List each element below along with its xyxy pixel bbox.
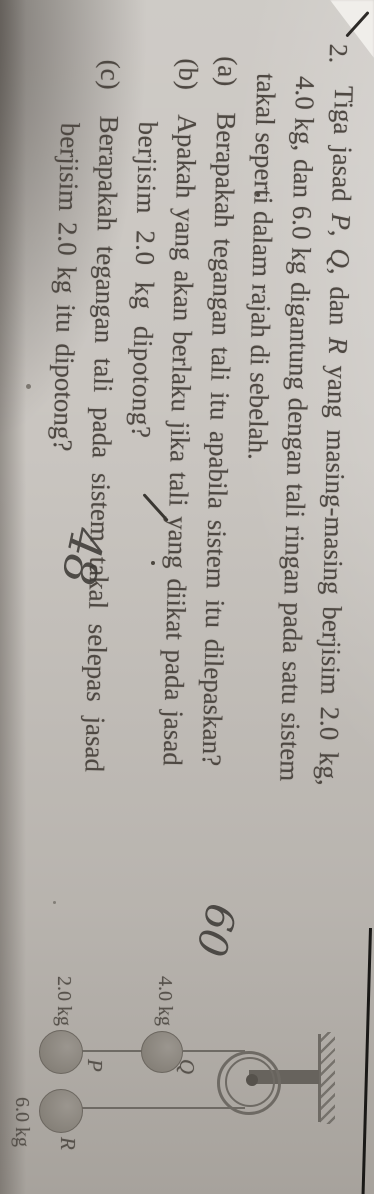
item-c-marker: (c) [94, 59, 126, 90]
mass-q-letter: Q [174, 1059, 199, 1074]
ink-speck [26, 384, 31, 389]
line1-sep1: , [325, 230, 355, 249]
item-b-continuation: berjisim 2.0 kg dipotong? [125, 121, 163, 439]
textbook-page-photo: 2. Tiga jasad P, Q, dan R yang masing-ma… [0, 0, 374, 1194]
mass-name-Q: Q [325, 248, 355, 268]
item-c-text: Berapakah tegangan tali pada sistem taka… [78, 115, 124, 772]
item-b-text: Apakah yang akan berlaku jika tali yang … [157, 114, 203, 766]
mass-r-weight-label: 6.0 kg [10, 1088, 33, 1156]
mass-p-letter: P [82, 1059, 107, 1072]
item-c-continuation: berjisim 2.0 kg itu dipotong? [47, 122, 85, 451]
mass-ball-p [39, 1030, 83, 1074]
ink-speck [53, 901, 56, 904]
question-line-2: 4.0 kg, dan 6.0 kg digantung dengan tali… [273, 76, 320, 782]
ceiling-hatching [320, 1032, 335, 1124]
string-left-lower [82, 1050, 144, 1052]
question-number: 2. [323, 44, 353, 64]
line1-pre: Tiga jasad [326, 86, 359, 214]
line1-sep2: , dan [323, 268, 355, 338]
page-surface: 2. Tiga jasad P, Q, dan R yang masing-ma… [0, 0, 374, 1194]
line1-post: yang masing-masing berjisim 2.0 kg, [313, 353, 353, 786]
question-line-1: Tiga jasad P, Q, dan R yang masing-masin… [312, 86, 359, 786]
mass-ball-r [39, 1089, 83, 1133]
pen-dot [151, 561, 155, 565]
item-b-marker: (b) [172, 58, 204, 90]
mass-p-weight-label: 2.0 kg [52, 946, 75, 1026]
string-right [82, 1107, 245, 1109]
mass-r-letter: R [55, 1137, 80, 1150]
item-a-text: Berapakah tegangan tali itu apabila sist… [196, 112, 242, 767]
question-line-3: takal seperti dalam rajah di sebelah. [242, 73, 282, 460]
item-a-marker: (a) [211, 56, 243, 87]
ink-speck [256, 193, 260, 197]
mass-name-R: R [323, 337, 353, 354]
string-left-upper [183, 1050, 245, 1052]
handwritten-answer-c: 48 [51, 523, 115, 588]
page-top-edge-line [362, 928, 372, 1194]
mass-q-weight-label: 4.0 kg [153, 946, 176, 1026]
mass-name-P: P [326, 213, 356, 230]
pulley-axle [246, 1074, 258, 1086]
